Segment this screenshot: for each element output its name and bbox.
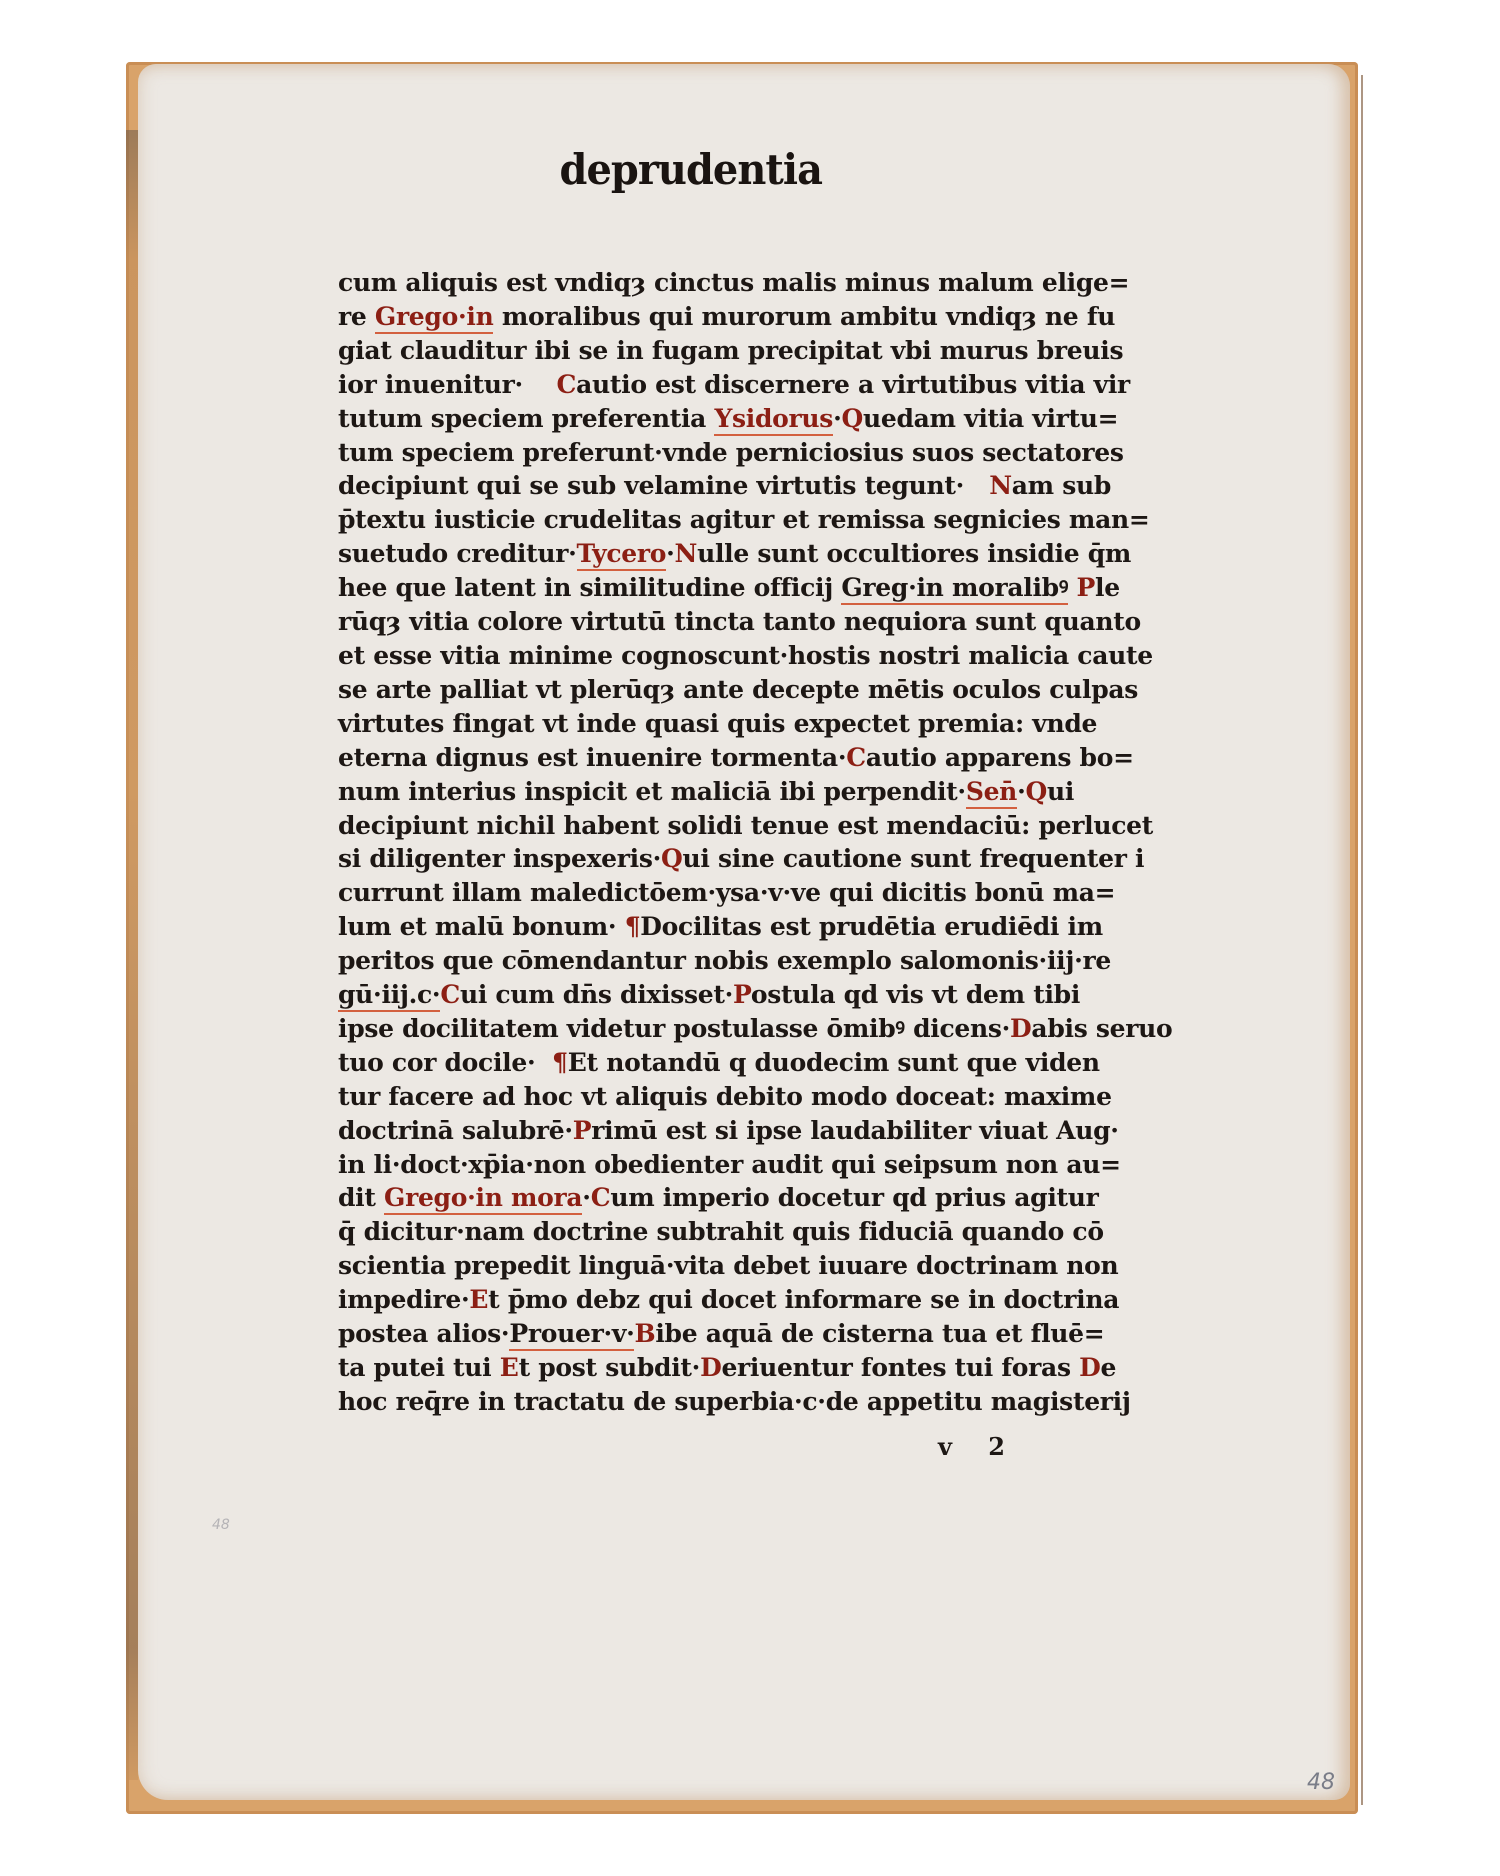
text-segment <box>1068 573 1076 602</box>
rubricated-initial: D <box>700 1353 721 1382</box>
rubricated-initial: C <box>591 1183 611 1212</box>
rubricated-initial: Grego·in <box>375 302 494 334</box>
text-line: si diligenter inspexeris·Qui sine cautio… <box>338 842 1064 876</box>
text-segment: giat clauditur ibi se in fugam precipita… <box>338 336 1123 365</box>
text-line: dit Grego·in mora·Cum imperio docetur qd… <box>338 1181 1064 1215</box>
text-segment: abis seruo <box>1031 1014 1172 1043</box>
rubricated-initial: P <box>733 980 751 1009</box>
text-segment: ulle sunt occultiores insidie q̄m <box>697 539 1131 568</box>
text-segment: q̄ dicitur·nam doctrine subtrahit quis f… <box>338 1217 1104 1246</box>
text-segment: Docilitas est prudētia erudiēdi im <box>640 912 1103 941</box>
text-line: ipse docilitatem videtur postulasse ōmib… <box>338 1012 1064 1046</box>
rubricated-initial: C <box>846 743 866 772</box>
text-segment: um imperio docetur qd prius agitur <box>610 1183 1098 1212</box>
text-segment: dit <box>338 1183 384 1212</box>
rubricated-initial: Q <box>1025 777 1046 806</box>
text-segment: le <box>1095 573 1120 602</box>
text-segment: eriuentur fontes tui foras <box>721 1353 1079 1382</box>
text-segment: ostula qd vis vt dem tibi <box>751 980 1080 1009</box>
page-edge-line <box>1361 75 1363 1805</box>
text-segment: impedire· <box>338 1285 469 1314</box>
text-segment: ta putei tui <box>338 1353 500 1382</box>
text-line: num interius inspicit et maliciā ibi per… <box>338 775 1064 809</box>
text-line: et esse vitia minime cognoscunt·hostis n… <box>338 639 1064 673</box>
text-segment: ui <box>1047 777 1074 806</box>
text-segment: hoc req̄re in tractatu de superbia·c·de … <box>338 1387 1131 1416</box>
text-segment: t post subdit· <box>519 1353 701 1382</box>
text-segment: si diligenter inspexeris· <box>338 844 661 873</box>
text-segment: eterna dignus est inuenire tormenta· <box>338 743 846 772</box>
rubricated-initial: B <box>634 1319 655 1348</box>
text-segment: tum speciem preferunt·vnde perniciosius … <box>338 438 1124 467</box>
text-segment: currunt illam maledictōem·ysa·v·ve qui d… <box>338 878 1115 907</box>
text-segment: in li·doct·xp̄ia·non obedienter audit qu… <box>338 1150 1121 1179</box>
text-line: postea alios·Prouer·v·Bibe aquā de ciste… <box>338 1317 1064 1351</box>
pencil-folio-number: 48 <box>1307 1770 1335 1795</box>
text-segment: tutum speciem preferentia <box>338 404 714 433</box>
text-segment: autio apparens bo= <box>866 743 1134 772</box>
rubricated-initial: D <box>1010 1014 1031 1043</box>
text-segment: peritos que cōmendantur nobis exemplo sa… <box>338 946 1111 975</box>
text-line: giat clauditur ibi se in fugam precipita… <box>338 334 1064 368</box>
underlined-citation: Prouer·v· <box>509 1319 634 1351</box>
text-segment: e <box>1101 1353 1117 1382</box>
text-line: peritos que cōmendantur nobis exemplo sa… <box>338 944 1064 978</box>
text-segment: · <box>666 539 674 568</box>
text-line: tum speciem preferunt·vnde perniciosius … <box>338 436 1064 470</box>
text-segment: hee que latent in similitudine officij <box>338 573 841 602</box>
rubricated-initial: C <box>557 370 577 399</box>
text-line: ta putei tui Et post subdit·Deriuentur f… <box>338 1351 1064 1385</box>
rubricated-initial: Sen̄ <box>966 777 1017 809</box>
text-line: p̄textu iusticie crudelitas agitur et re… <box>338 503 1064 537</box>
rubricated-initial: N <box>675 539 698 568</box>
rubricated-initial: E <box>469 1285 488 1314</box>
mount-edge-stain <box>126 130 138 1780</box>
text-line: tuo cor docile· ¶Et notandū q duodecim s… <box>338 1046 1064 1080</box>
signature-mark: v 2 <box>938 1432 1019 1461</box>
rubricated-initial: N <box>989 471 1012 500</box>
underlined-citation: Greg·in moralibꝰ <box>841 573 1068 605</box>
text-line: suetudo creditur·Tycero·Nulle sunt occul… <box>338 537 1064 571</box>
text-line: gū·iij.c·Cui cum dn̄s dixisset·Postula q… <box>338 978 1064 1012</box>
text-segment: ui sine cautione sunt frequenter i <box>683 844 1145 873</box>
text-segment: lum et malū bonum· <box>338 912 625 941</box>
text-segment: · <box>582 1183 590 1212</box>
underlined-citation: gū·iij.c· <box>338 980 440 1012</box>
text-line: q̄ dicitur·nam doctrine subtrahit quis f… <box>338 1215 1064 1249</box>
text-segment: ui cum dn̄s dixisset· <box>460 980 733 1009</box>
text-line: currunt illam maledictōem·ysa·v·ve qui d… <box>338 876 1064 910</box>
rubricated-initial: ¶ <box>625 912 641 941</box>
rubricated-initial: ¶ <box>552 1048 568 1077</box>
text-line: re Grego·in moralibus qui murorum ambitu… <box>338 300 1064 334</box>
text-line: hoc req̄re in tractatu de superbia·c·de … <box>338 1385 1064 1419</box>
text-line: rūqȝ vitia colore virtutū tincta tanto n… <box>338 605 1064 639</box>
text-line: doctrinā salubrē·Primū est si ipse lauda… <box>338 1114 1064 1148</box>
text-segment: doctrinā salubrē· <box>338 1116 573 1145</box>
text-segment: autio est discernere a virtutibus vitia … <box>576 370 1130 399</box>
text-segment: decipiunt qui se sub velamine virtutis t… <box>338 471 989 500</box>
text-segment: suetudo creditur· <box>338 539 577 568</box>
text-segment: rūqȝ vitia colore virtutū tincta tanto n… <box>338 607 1141 636</box>
text-segment: et esse vitia minime cognoscunt·hostis n… <box>338 641 1153 670</box>
text-segment: scientia prepedit linguā·vita debet iuua… <box>338 1251 1118 1280</box>
text-line: ior inuenitur· Cautio est discernere a v… <box>338 368 1064 402</box>
text-line: decipiunt nichil habent solidi tenue est… <box>338 809 1064 843</box>
text-line: hee que latent in similitudine officij G… <box>338 571 1064 605</box>
rubricated-initial: Grego·in mora <box>384 1183 582 1215</box>
text-segment: ipse docilitatem videtur postulasse ōmib… <box>338 1014 1010 1043</box>
text-line: scientia prepedit linguā·vita debet iuua… <box>338 1249 1064 1283</box>
text-segment: Et notandū q duodecim sunt que viden <box>568 1048 1100 1077</box>
text-segment: ibe aquā de cisterna tua et fluē= <box>655 1319 1104 1348</box>
rubricated-initial: C <box>440 980 460 1009</box>
text-segment: tuo cor docile· <box>338 1048 552 1077</box>
text-segment: p̄textu iusticie crudelitas agitur et re… <box>338 505 1150 534</box>
rubricated-initial: P <box>573 1116 592 1145</box>
text-segment: se arte palliat vt plerūqȝ ante decepte … <box>338 675 1138 704</box>
rubricated-initial: E <box>500 1353 519 1382</box>
text-segment: tur facere ad hoc vt aliquis debito modo… <box>338 1082 1112 1111</box>
running-head: deprudentia <box>560 145 807 205</box>
rubricated-initial: Tycero <box>577 539 667 571</box>
text-segment: re <box>338 302 375 331</box>
text-segment: moralibus qui murorum ambitu vndiqȝ ne f… <box>493 302 1115 331</box>
text-line: se arte palliat vt plerūqȝ ante decepte … <box>338 673 1064 707</box>
rubricated-initial: Q <box>661 844 682 873</box>
pencil-folio-faint: 48 <box>212 1517 230 1533</box>
text-segment: cum aliquis est vndiqȝ cinctus malis min… <box>338 268 1129 297</box>
rubricated-initial: Q <box>841 404 862 433</box>
text-segment: uedam vitia virtu= <box>863 404 1118 433</box>
rubricated-initial: Ysidorus <box>714 404 833 436</box>
text-segment: am sub <box>1012 471 1111 500</box>
text-line: decipiunt qui se sub velamine virtutis t… <box>338 469 1064 503</box>
text-segment: t p̄mo debz qui docet informare se in do… <box>488 1285 1119 1314</box>
text-segment: rimū est si ipse laudabiliter viuat Aug· <box>591 1116 1118 1145</box>
text-column: cum aliquis est vndiqȝ cinctus malis min… <box>338 266 1064 1419</box>
text-line: in li·doct·xp̄ia·non obedienter audit qu… <box>338 1148 1064 1182</box>
text-segment: ior inuenitur· <box>338 370 557 399</box>
text-line: lum et malū bonum· ¶Docilitas est prudēt… <box>338 910 1064 944</box>
text-line: tur facere ad hoc vt aliquis debito modo… <box>338 1080 1064 1114</box>
text-segment: postea alios· <box>338 1319 509 1348</box>
rubricated-initial: P <box>1077 573 1096 602</box>
text-segment: num interius inspicit et maliciā ibi per… <box>338 777 966 806</box>
text-line: cum aliquis est vndiqȝ cinctus malis min… <box>338 266 1064 300</box>
text-segment: virtutes fingat vt inde quasi quis expec… <box>338 709 1097 738</box>
rubricated-initial: D <box>1079 1353 1100 1382</box>
text-segment: decipiunt nichil habent solidi tenue est… <box>338 811 1153 840</box>
text-line: impedire·Et p̄mo debz qui docet informar… <box>338 1283 1064 1317</box>
text-line: eterna dignus est inuenire tormenta·Caut… <box>338 741 1064 775</box>
text-line: tutum speciem preferentia Ysidorus·Queda… <box>338 402 1064 436</box>
text-line: virtutes fingat vt inde quasi quis expec… <box>338 707 1064 741</box>
